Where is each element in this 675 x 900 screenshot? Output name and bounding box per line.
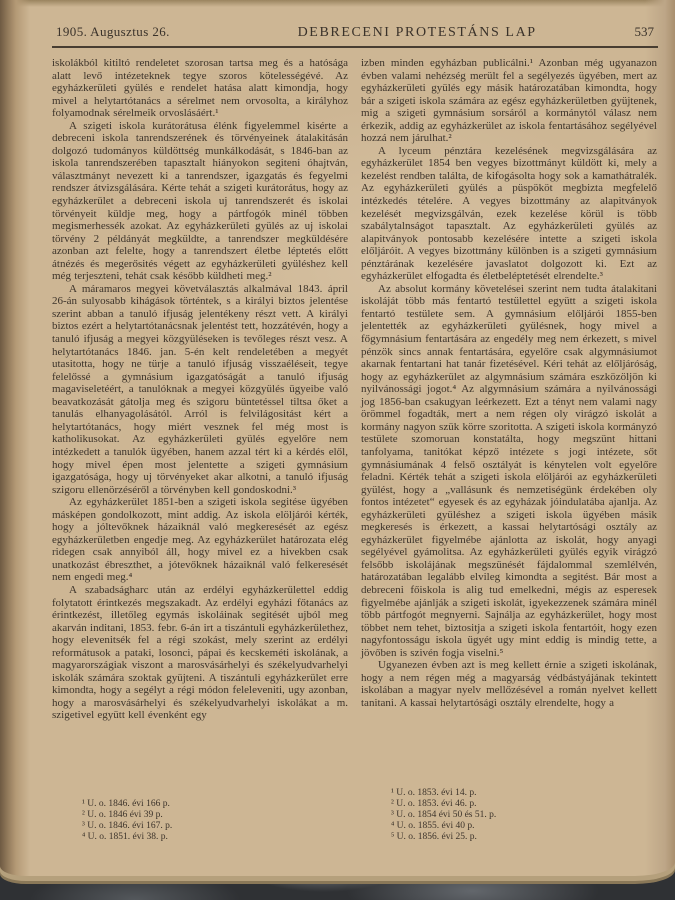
footnote-item: ⁵ U. o. 1856. évi 25. p. (391, 832, 657, 843)
page-content: 1905. Augusztus 26. DEBRECENI PROTESTÁNS… (52, 24, 658, 857)
footnote-item: ¹ U. o. 1853. évi 14. p. (391, 788, 657, 799)
paragraph: A lyceum pénztára kezelésének megvizsgál… (361, 145, 657, 283)
masthead-title: DEBRECENI PROTESTÁNS LAP (298, 25, 537, 41)
text-column-left: iskolákból kitiltó rendeletet szorosan t… (52, 57, 348, 857)
text-columns: iskolákból kitiltó rendeletet szorosan t… (52, 57, 658, 857)
paragraph: Az egyházkerület 1851-ben a szigeti isko… (52, 496, 348, 584)
paragraph: A szigeti iskola kurátorátusa élénk figy… (52, 120, 348, 283)
paragraph: Ugyanezen évben azt is meg kellett érnie… (361, 659, 657, 709)
left-column-footnotes: ¹ U. o. 1846. évi 166 p.² U. o. 1846 évi… (52, 799, 348, 857)
paragraph: A szabadságharc után az erdélyi egyházke… (52, 584, 348, 722)
text-column-right: izben minden egyházban publicálni.¹ Azon… (361, 57, 657, 857)
page-header: 1905. Augusztus 26. DEBRECENI PROTESTÁNS… (52, 24, 658, 48)
paragraph: izben minden egyházban publicálni.¹ Azon… (361, 57, 657, 145)
footnote-item: ³ U. o. 1846. évi 167. p. (82, 821, 348, 832)
footnote-item: ⁴ U. o. 1851. évi 38. p. (82, 832, 348, 843)
scanned-page: 1905. Augusztus 26. DEBRECENI PROTESTÁNS… (0, 0, 675, 876)
footnote-item: ² U. o. 1846 évi 39 p. (82, 810, 348, 821)
footnote-item: ¹ U. o. 1846. évi 166 p. (82, 799, 348, 810)
paragraph: iskolákból kitiltó rendeletet szorosan t… (52, 57, 348, 120)
right-column-paragraphs: izben minden egyházban publicálni.¹ Azon… (361, 57, 657, 709)
footnote-item: ³ U. o. 1854 évi 50 és 51. p. (391, 810, 657, 821)
page-number: 537 (635, 24, 655, 40)
left-column-paragraphs: iskolákból kitiltó rendeletet szorosan t… (52, 57, 348, 722)
paragraph: A máramaros megyei követválasztás alkalm… (52, 283, 348, 496)
right-column-footnotes: ¹ U. o. 1853. évi 14. p.² U. o. 1853. év… (361, 788, 657, 857)
paragraph: Az absolut kormány követelései szerint n… (361, 283, 657, 659)
issue-date: 1905. Augusztus 26. (56, 24, 170, 40)
footnote-item: ⁴ U. o. 1855. évi 40 p. (391, 821, 657, 832)
footnote-item: ² U. o. 1853. évi 46. p. (391, 799, 657, 810)
